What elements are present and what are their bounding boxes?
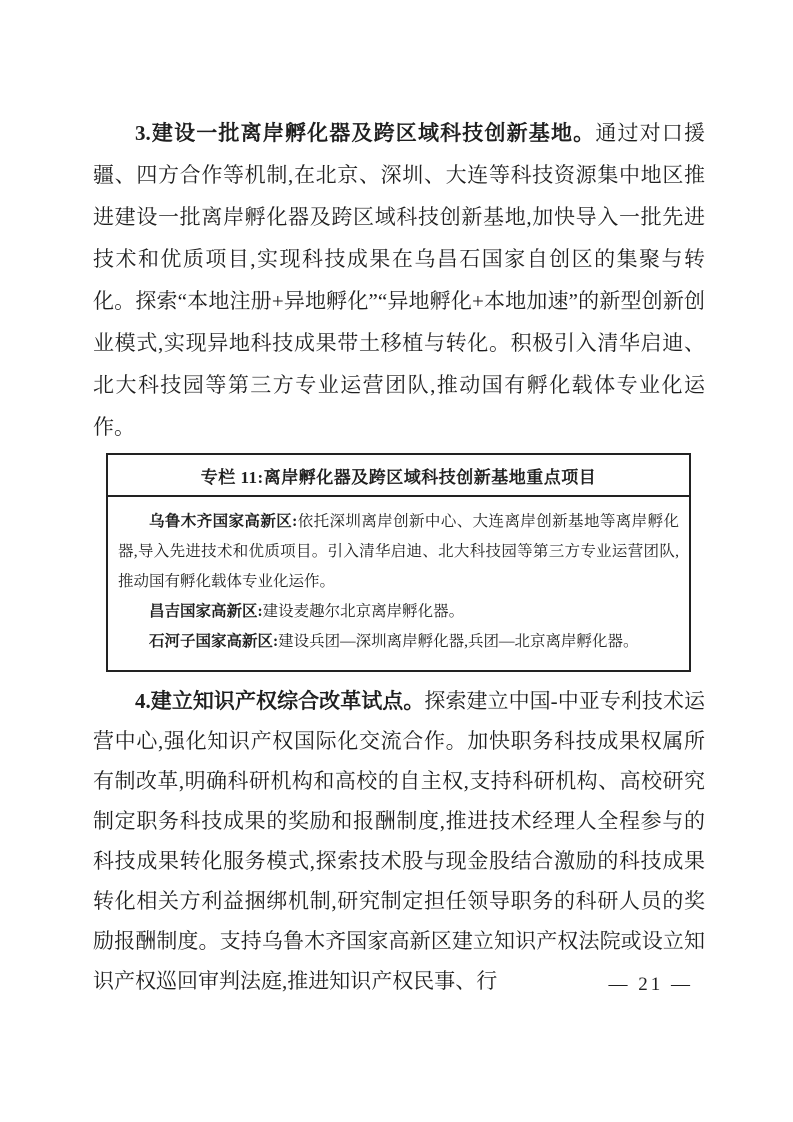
page-content: 3.建设一批离岸孵化器及跨区域科技创新基地。通过对口援疆、四方合作等机制,在北京… — [93, 112, 705, 1001]
paragraph-3-lead-sentence: 3.建设一批离岸孵化器及跨区域科技创新基地。 — [135, 121, 595, 145]
zone-name-changji: 昌吉国家高新区: — [149, 603, 263, 620]
panel-item-urumqi: 乌鲁木齐国家高新区:依托深圳离岸创新中心、大连离岸创新基地等离岸孵化器,导入先进… — [118, 507, 679, 597]
paragraph-4-lead-sentence: 4.建立知识产权综合改革试点。 — [135, 689, 424, 713]
panel-item-shihezi: 石河子国家高新区:建设兵团—深圳离岸孵化器,兵团—北京离岸孵化器。 — [118, 627, 679, 657]
panel-title: 专栏 11:离岸孵化器及跨区域科技创新基地重点项目 — [108, 455, 689, 497]
paragraph-4-body-text: 探索建立中国-中亚专利技术运营中心,强化知识产权国际化交流合作。加快职务科技成果… — [93, 689, 705, 993]
paragraph-3-body-text: 通过对口援疆、四方合作等机制,在北京、深圳、大连等科技资源集中地区推进建设一批离… — [93, 121, 705, 439]
zone-name-urumqi: 乌鲁木齐国家高新区: — [149, 513, 297, 530]
paragraph-3: 3.建设一批离岸孵化器及跨区域科技创新基地。通过对口援疆、四方合作等机制,在北京… — [93, 112, 705, 448]
document-page: 3.建设一批离岸孵化器及跨区域科技创新基地。通过对口援疆、四方合作等机制,在北京… — [0, 0, 793, 1122]
panel-item-changji: 昌吉国家高新区:建设麦趣尔北京离岸孵化器。 — [118, 597, 679, 627]
panel-body: 乌鲁木齐国家高新区:依托深圳离岸创新中心、大连离岸创新基地等离岸孵化器,导入先进… — [108, 497, 689, 670]
zone-name-shihezi: 石河子国家高新区: — [149, 633, 278, 650]
page-number: — 21 — — [0, 974, 693, 996]
zone-text-changji: 建设麦趣尔北京离岸孵化器。 — [263, 603, 465, 620]
zone-text-shihezi: 建设兵团—深圳离岸孵化器,兵团—北京离岸孵化器。 — [278, 633, 638, 650]
special-column-panel: 专栏 11:离岸孵化器及跨区域科技创新基地重点项目 乌鲁木齐国家高新区:依托深圳… — [106, 453, 691, 672]
paragraph-4: 4.建立知识产权综合改革试点。探索建立中国-中亚专利技术运营中心,强化知识产权国… — [93, 681, 705, 1001]
